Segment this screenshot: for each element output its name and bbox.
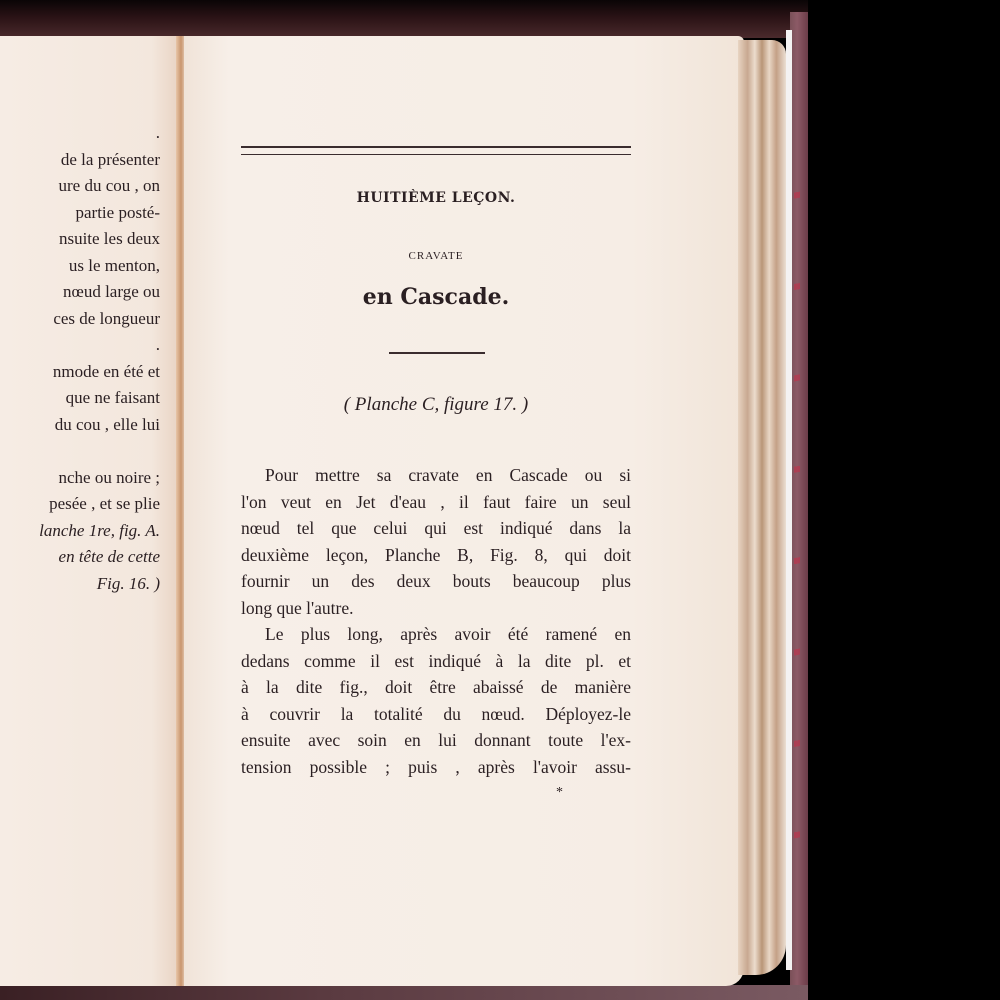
left-page-text: . de la présenter ure du cou , on partie… bbox=[0, 120, 160, 597]
left-line: ure du cou , on bbox=[0, 173, 160, 200]
left-line: nsuite les deux bbox=[0, 226, 160, 253]
bottom-book-edge bbox=[0, 985, 808, 1000]
left-line: nœud large ou bbox=[0, 279, 160, 306]
endpaper-strip bbox=[786, 30, 792, 970]
top-book-edge bbox=[0, 0, 808, 38]
left-line: que ne faisant bbox=[0, 385, 160, 412]
paragraph-2: Le plus long, après avoir été ramené en … bbox=[241, 621, 631, 780]
section-subtitle-small: CRAVATE bbox=[241, 250, 631, 262]
text-line: deuxième leçon, Planche B, Fig. 8, qui d… bbox=[241, 542, 631, 569]
left-line: pesée , et se plie bbox=[0, 491, 160, 518]
plate-reference: ( Planche C, figure 17. ) bbox=[241, 394, 631, 416]
left-line bbox=[0, 438, 160, 465]
text-line: nœud tel que celui qui est indiqué dans … bbox=[241, 515, 631, 542]
text-line: tension possible ; puis , après l'avoir … bbox=[241, 754, 631, 781]
left-line: de la présenter bbox=[0, 147, 160, 174]
text-line: ensuite avec soin en lui donnant toute l… bbox=[241, 727, 631, 754]
left-line: partie posté- bbox=[0, 200, 160, 227]
paragraph-1: Pour mettre sa cravate en Cascade ou si … bbox=[241, 462, 631, 621]
left-line: nche ou noire ; bbox=[0, 465, 160, 492]
left-line: Fig. 16. ) bbox=[0, 571, 160, 598]
left-line: . bbox=[0, 332, 160, 359]
left-line: du cou , elle lui bbox=[0, 412, 160, 439]
left-line: nmode en été et bbox=[0, 359, 160, 386]
left-line: . bbox=[0, 120, 160, 147]
text-line: l'on veut en Jet d'eau , il faut faire u… bbox=[241, 489, 631, 516]
body-text: Pour mettre sa cravate en Cascade ou si … bbox=[241, 462, 631, 780]
section-divider-rule bbox=[389, 352, 485, 354]
lesson-title: HUITIÈME LEÇON. bbox=[241, 190, 631, 206]
text-line: fournir un des deux bouts beaucoup plus bbox=[241, 568, 631, 595]
text-line: Le plus long, après avoir été ramené en bbox=[241, 621, 631, 648]
text-line: long que l'autre. bbox=[241, 595, 631, 622]
text-line: à la dite fig., doit être abaissé de man… bbox=[241, 674, 631, 701]
section-subtitle-large: en Cascade. bbox=[241, 284, 631, 310]
text-line: à couvrir la totalité du nœud. Déployez-… bbox=[241, 701, 631, 728]
signature-mark: * bbox=[556, 785, 563, 801]
left-line: ces de longueur bbox=[0, 306, 160, 333]
text-line: dedans comme il est indiqué à la dite pl… bbox=[241, 648, 631, 675]
text-line: Pour mettre sa cravate en Cascade ou si bbox=[241, 462, 631, 489]
book-cover-right bbox=[790, 12, 808, 1000]
left-line: us le menton, bbox=[0, 253, 160, 280]
left-line: en tête de cette bbox=[0, 544, 160, 571]
left-line: lanche 1re, fig. A. bbox=[0, 518, 160, 545]
page-stack-edge bbox=[738, 40, 786, 975]
header-double-rule bbox=[241, 146, 631, 155]
